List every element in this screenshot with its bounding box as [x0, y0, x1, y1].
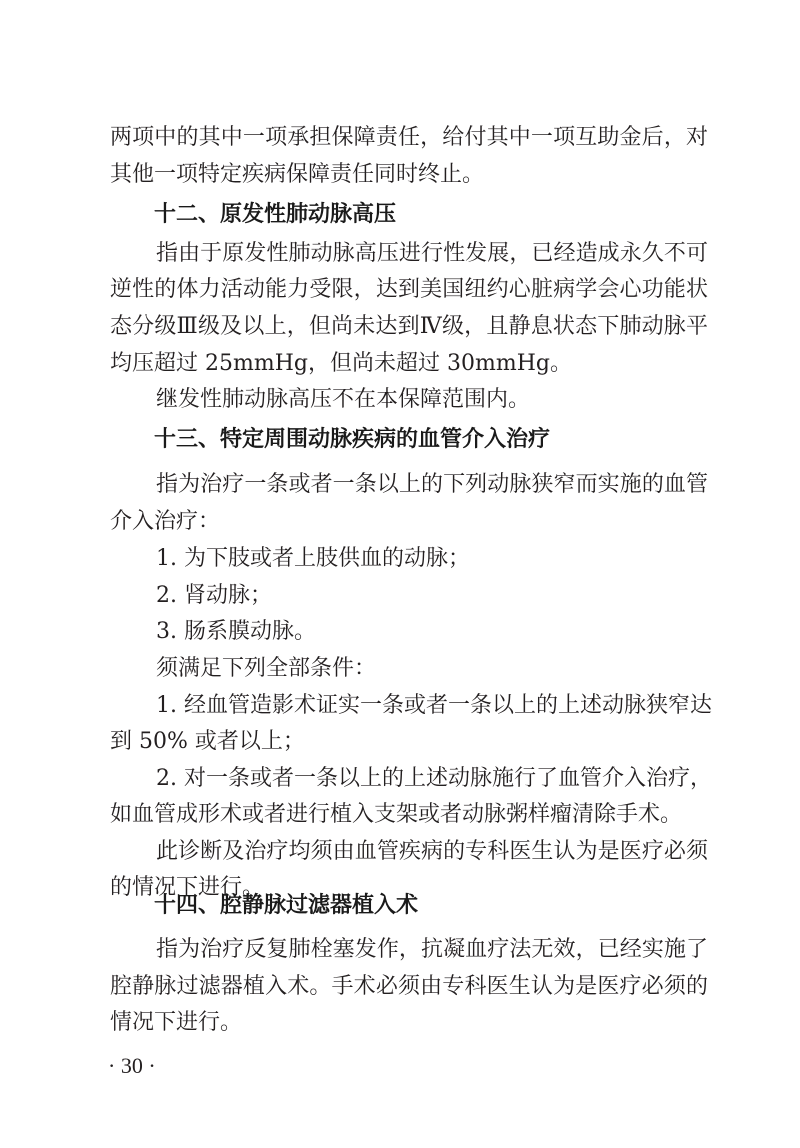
- list-item: 2. 对一条或者一条以上的上述动脉施行了血管介入治疗，: [156, 764, 708, 794]
- paragraph-line: 此诊断及治疗均须由血管疾病的专科医生认为是医疗必须: [156, 837, 708, 867]
- paragraph-line: 指为治疗反复肺栓塞发作，抗凝血疗法无效，已经实施了: [156, 935, 708, 965]
- document-page: 两项中的其中一项承担保障责任，给付其中一项互助金后，对 其他一项特定疾病保障责任…: [0, 0, 800, 1148]
- paragraph-line: 逆性的体力活动能力受限，达到美国纽约心脏病学会心功能状: [110, 275, 708, 305]
- paragraph-line: 继发性肺动脉高压不在本保障范围内。: [156, 385, 708, 415]
- paragraph-line: 指为治疗一条或者一条以上的下列动脉狭窄而实施的血管: [156, 470, 708, 500]
- paragraph-line: 情况下进行。: [110, 1008, 708, 1038]
- paragraph-line: 如血管成形术或者进行植入支架或者动脉粥样瘤清除手术。: [110, 800, 708, 830]
- paragraph-line: 到 50% 或者以上；: [110, 727, 708, 757]
- paragraph-line: 其他一项特定疾病保障责任同时终止。: [110, 160, 708, 190]
- section-heading-12: 十二、原发性肺动脉高压: [154, 200, 396, 230]
- page-number: · 30 ·: [108, 1052, 156, 1080]
- paragraph-line: 均压超过 25mmHg，但尚未超过 30mmHg。: [110, 349, 708, 379]
- paragraph-line: 指由于原发性肺动脉高压进行性发展，已经造成永久不可: [156, 239, 708, 269]
- section-heading-14: 十四、腔静脉过滤器植入术: [154, 891, 418, 921]
- paragraph-line: 须满足下列全部条件：: [156, 654, 708, 684]
- paragraph-line: 两项中的其中一项承担保障责任，给付其中一项互助金后，对: [110, 123, 708, 153]
- paragraph-line: 介入治疗：: [110, 507, 708, 537]
- list-item: 3. 肠系膜动脉。: [156, 617, 708, 647]
- paragraph-line: 腔静脉过滤器植入术。手术必须由专科医生认为是医疗必须的: [110, 972, 708, 1002]
- list-item: 1. 经血管造影术证实一条或者一条以上的上述动脉狭窄达: [156, 691, 708, 721]
- paragraph-line: 态分级Ⅲ级及以上，但尚未达到Ⅳ级，且静息状态下肺动脉平: [110, 312, 708, 342]
- section-heading-13: 十三、特定周围动脉疾病的血管介入治疗: [154, 425, 550, 455]
- list-item: 1. 为下肢或者上肢供血的动脉；: [156, 544, 708, 574]
- list-item: 2. 肾动脉；: [156, 581, 708, 611]
